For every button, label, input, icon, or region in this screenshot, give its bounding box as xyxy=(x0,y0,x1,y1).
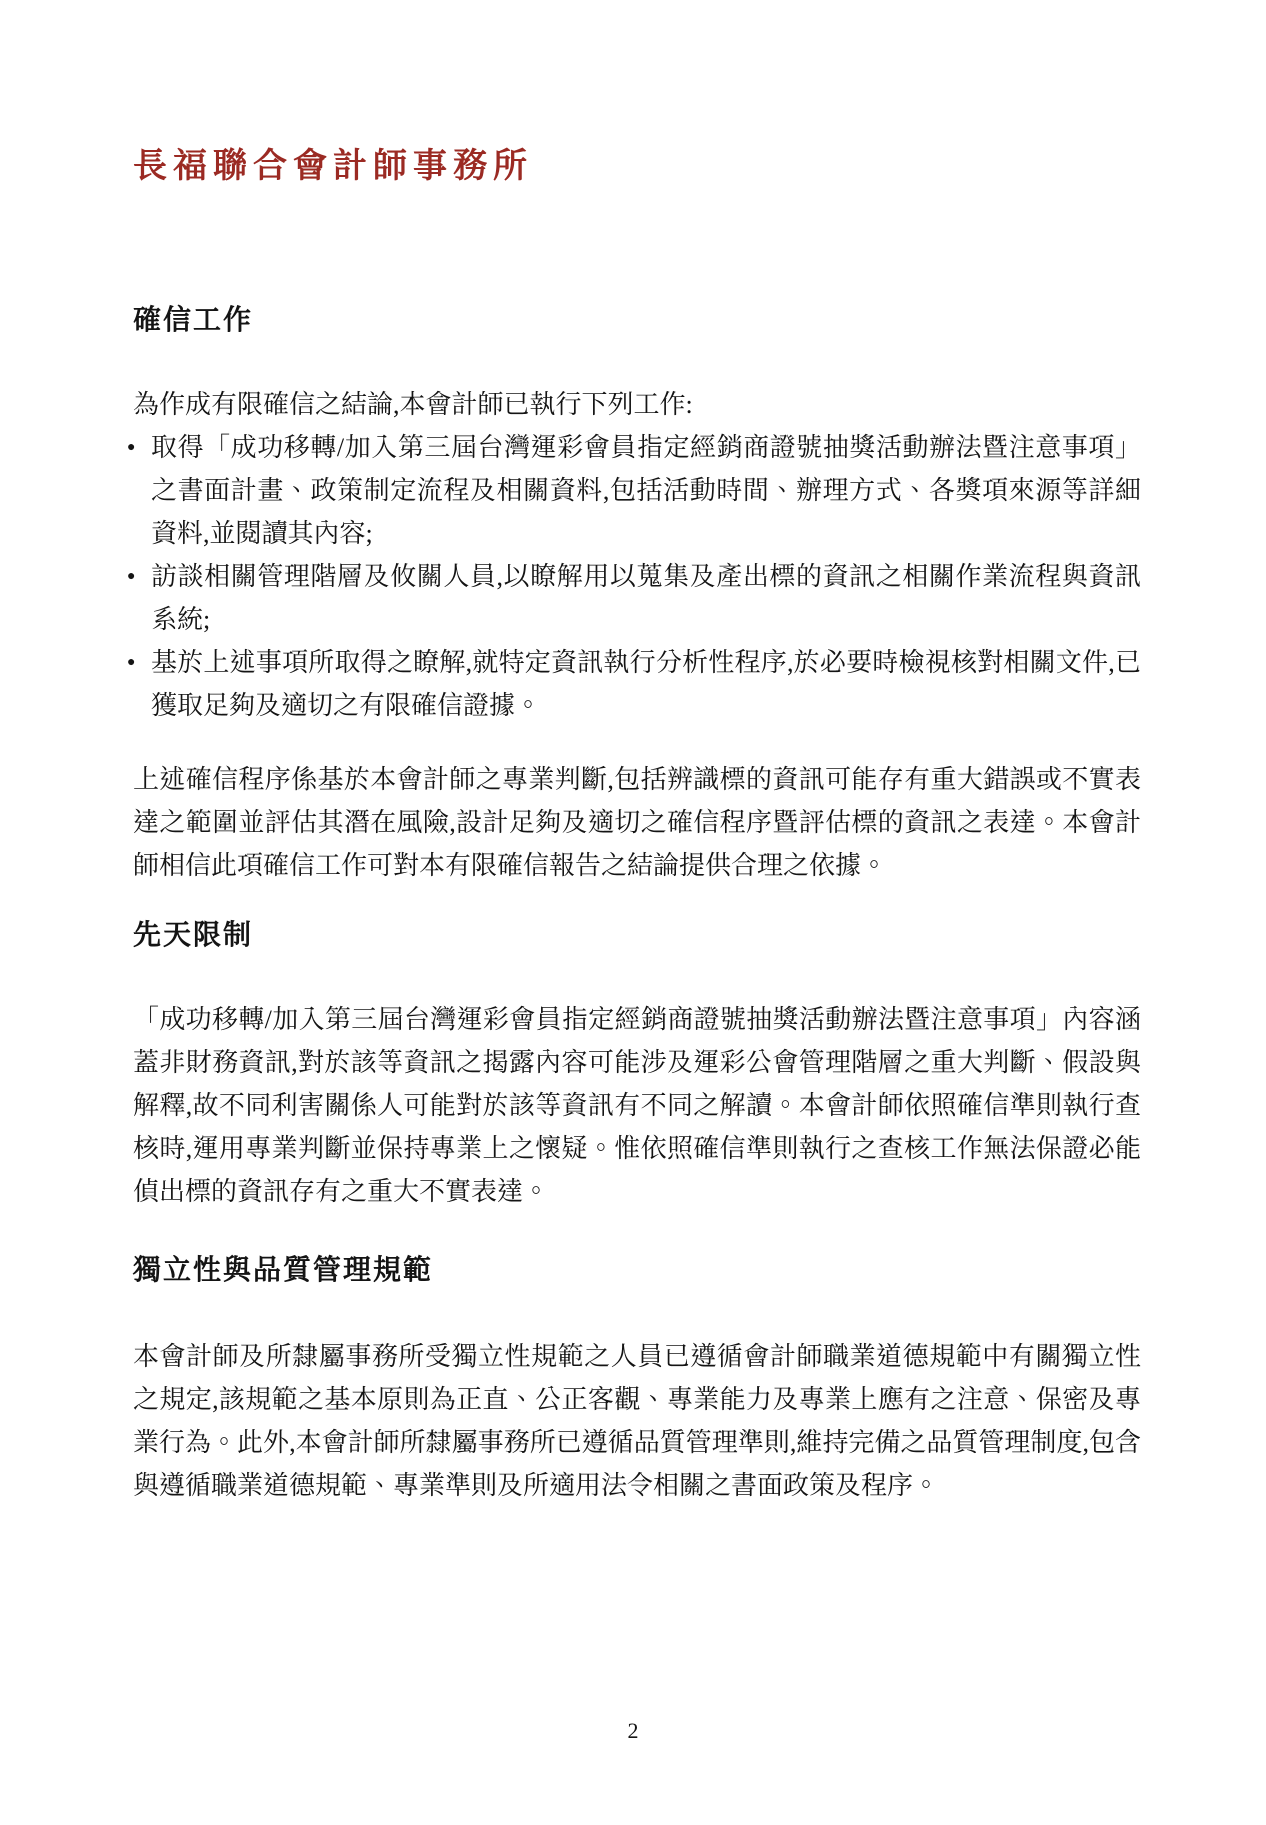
assurance-bullet-list: 取得「成功移轉/加入第三屆台灣運彩會員指定經銷商證號抽獎活動辦法暨注意事項」之書… xyxy=(133,426,1141,727)
independence-paragraph: 本會計師及所隸屬事務所受獨立性規範之人員已遵循會計師職業道德規範中有關獨立性之規… xyxy=(133,1335,1141,1507)
bullet-item: 基於上述事項所取得之瞭解,就特定資訊執行分析性程序,於必要時檢視核對相關文件,已… xyxy=(133,641,1141,727)
inherent-limitations-paragraph: 「成功移轉/加入第三屆台灣運彩會員指定經銷商證號抽獎活動辦法暨注意事項」內容涵蓋… xyxy=(133,998,1141,1213)
assurance-intro-text: 為作成有限確信之結論,本會計師已執行下列工作: xyxy=(133,383,1141,426)
section-heading-assurance-work: 確信工作 xyxy=(133,298,253,338)
assurance-paragraph: 上述確信程序係基於本會計師之專業判斷,包括辨識標的資訊可能存有重大錯誤或不實表達… xyxy=(133,758,1141,887)
section-heading-independence-quality: 獨立性與品質管理規範 xyxy=(133,1248,433,1288)
document-page: 長福聯合會計師事務所 確信工作 為作成有限確信之結論,本會計師已執行下列工作: … xyxy=(0,0,1266,1825)
page-number: 2 xyxy=(0,1718,1266,1744)
section-heading-inherent-limitations: 先天限制 xyxy=(133,913,253,953)
firm-logo: 長福聯合會計師事務所 xyxy=(133,138,533,187)
bullet-item: 訪談相關管理階層及攸關人員,以瞭解用以蒐集及產出標的資訊之相關作業流程與資訊系統… xyxy=(133,555,1141,641)
bullet-item: 取得「成功移轉/加入第三屆台灣運彩會員指定經銷商證號抽獎活動辦法暨注意事項」之書… xyxy=(133,426,1141,555)
